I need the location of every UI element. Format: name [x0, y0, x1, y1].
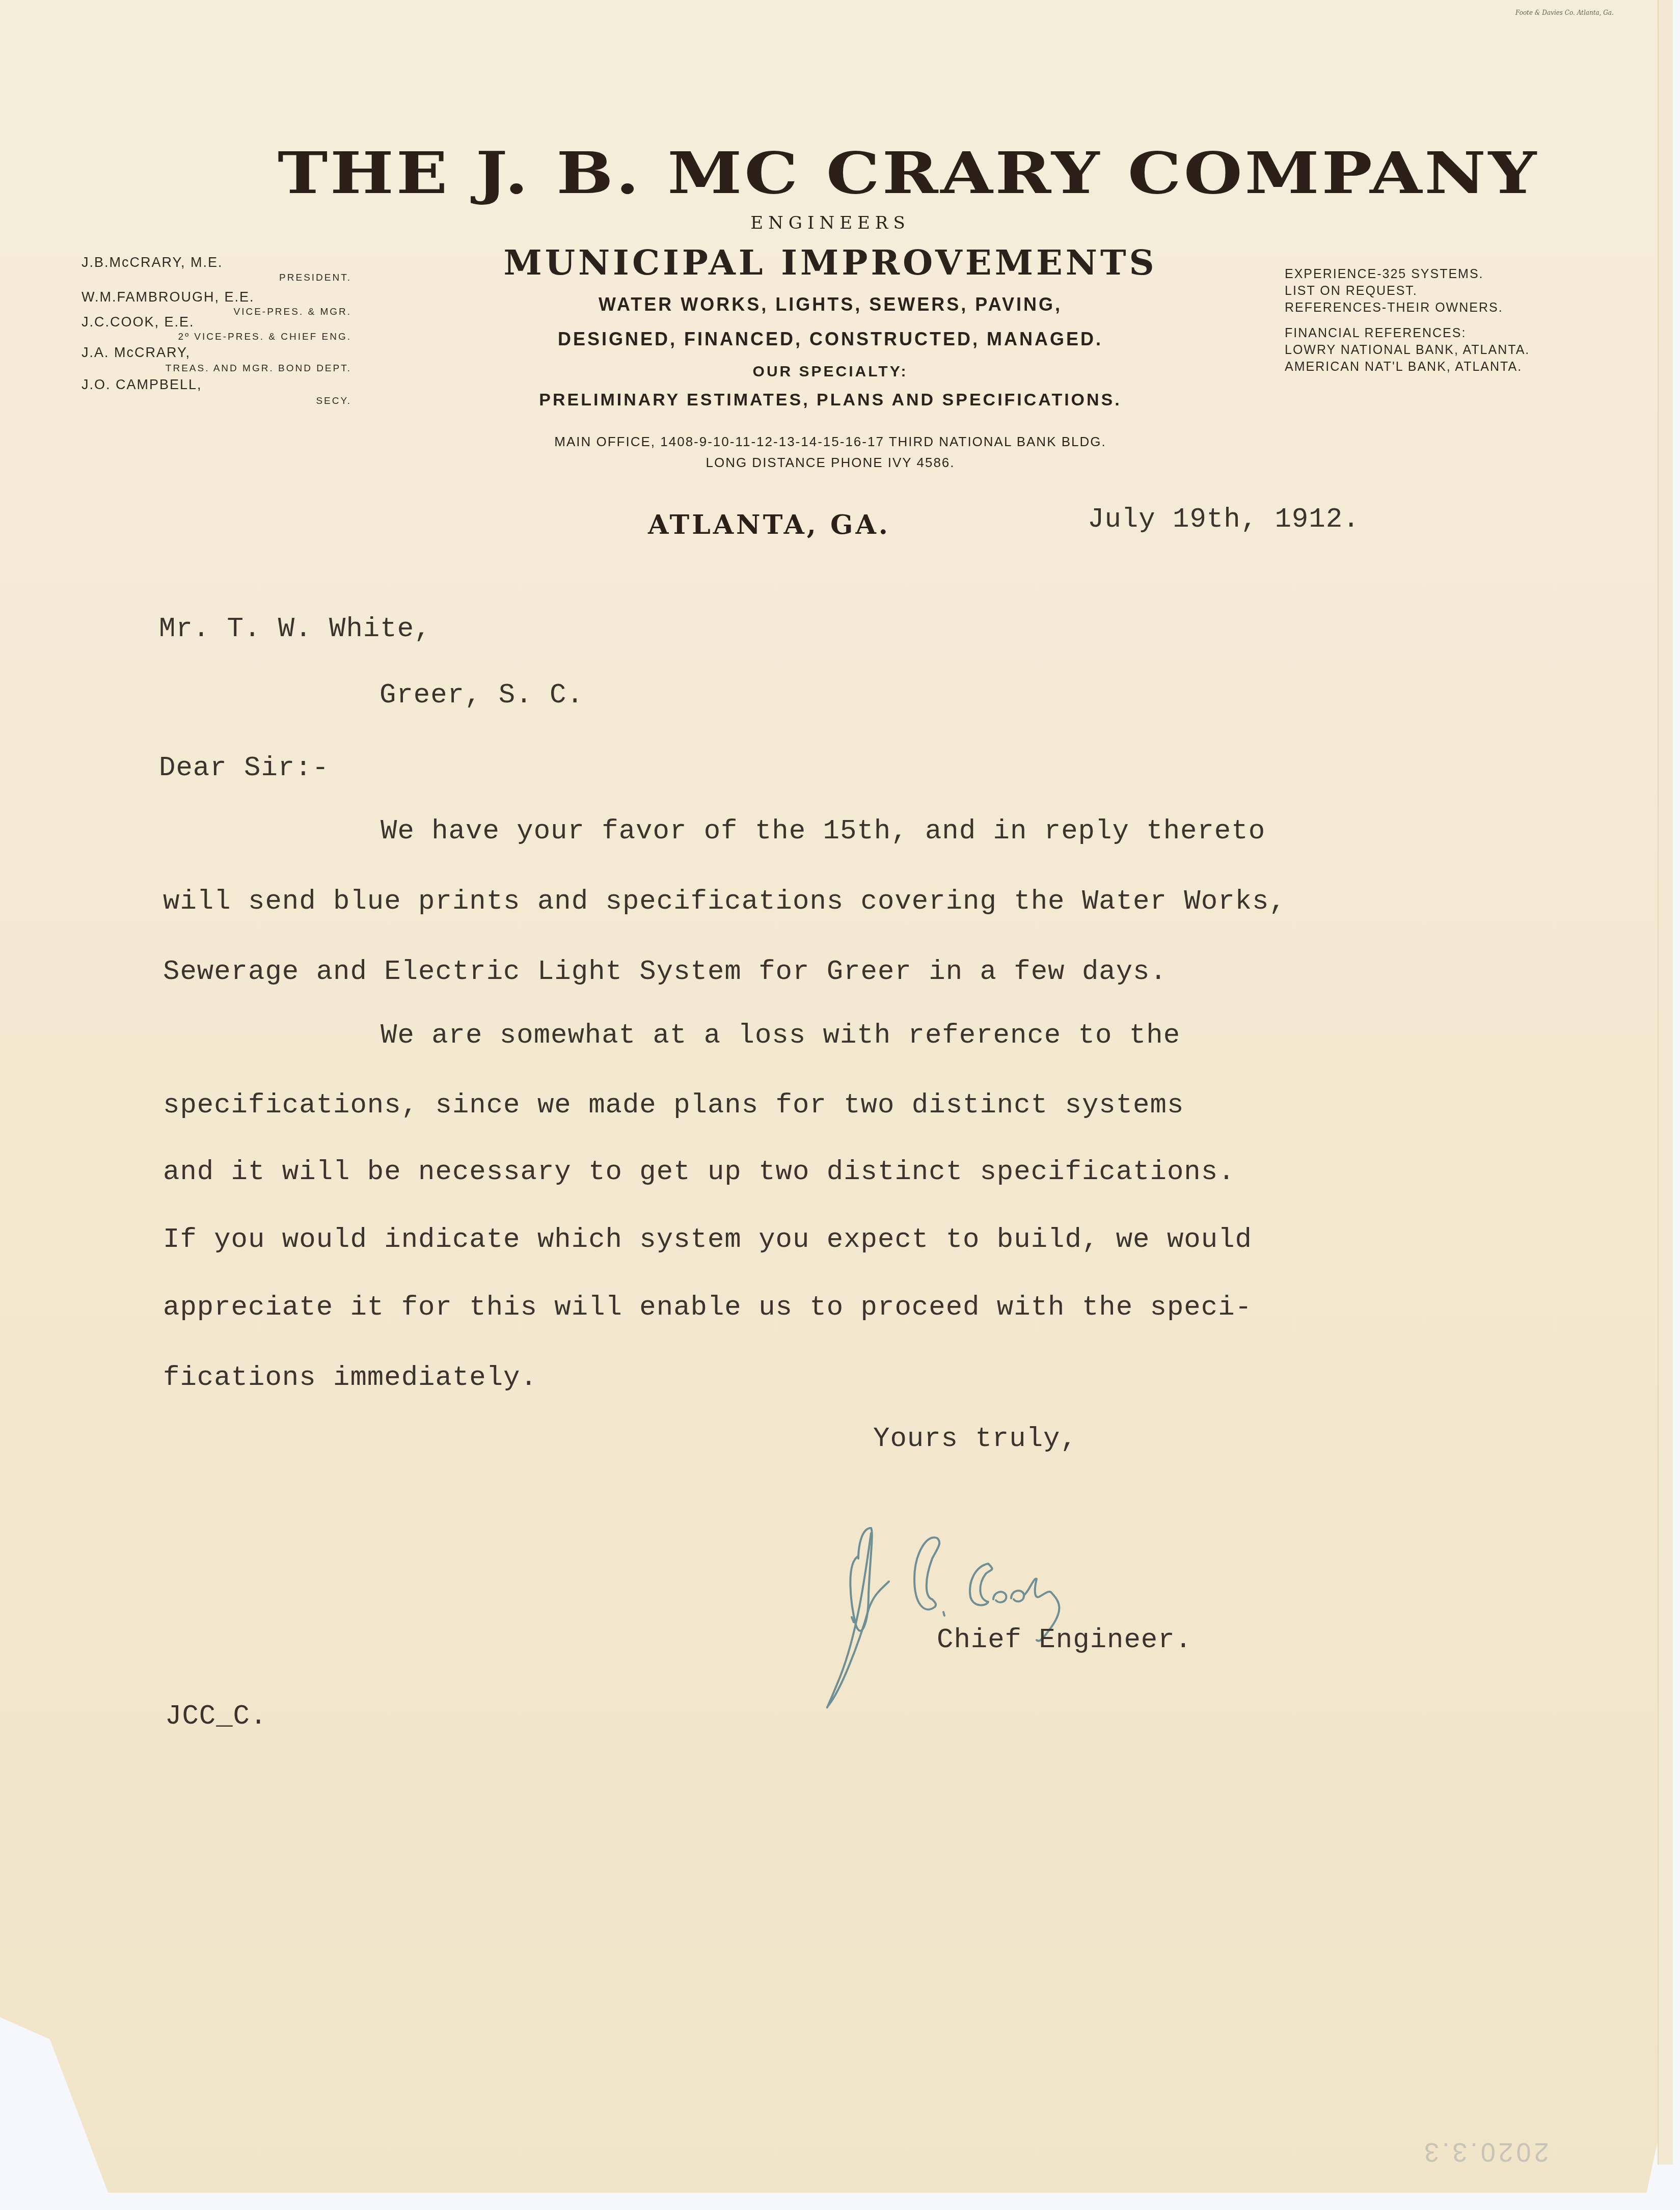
reference-line: LOWRY NATIONAL BANK, ATLANTA. [1285, 343, 1530, 358]
reference-line: FINANCIAL REFERENCES: [1285, 326, 1466, 341]
reference-line: LIST ON REQUEST. [1285, 284, 1418, 298]
officer-title: 2º VICE-PRES. & CHIEF ENG. [178, 332, 351, 343]
reference-line: AMERICAN NAT'L BANK, ATLANTA. [1285, 360, 1522, 374]
officer-name: W.M.FAMBROUGH, E.E. [82, 289, 255, 305]
salutation: Dear Sir:- [159, 753, 329, 784]
recipient-city: Greer, S. C. [380, 680, 584, 711]
reference-initials: JCC_C. [165, 1701, 267, 1732]
body-line: We have your favor of the 15th, and in r… [381, 816, 1265, 847]
body-line: We are somewhat at a loss with reference… [381, 1020, 1180, 1051]
printer-imprint: Foote & Davies Co. Atlanta, Ga. [1515, 9, 1614, 16]
pencil-archive-notation: 2020.3.3 [1421, 2137, 1549, 2167]
specialty: PRELIMINARY ESTIMATES, PLANS AND SPECIFI… [397, 390, 1263, 410]
recipient-name: Mr. T. W. White, [159, 614, 431, 645]
handwritten-signature [810, 1477, 1330, 1711]
reference-line: REFERENCES-THEIR OWNERS. [1285, 301, 1503, 315]
signer-title: Chief Engineer. [937, 1625, 1192, 1656]
body-line: Sewerage and Electric Light System for G… [163, 957, 1167, 988]
officer-title: PRESIDENT. [279, 272, 351, 284]
letterhead-services: WATER WORKS, LIGHTS, SEWERS, PAVING, [397, 294, 1263, 315]
body-line: If you would indicate which system you e… [163, 1224, 1252, 1256]
letterhead-tagline: MUNICIPAL IMPROVEMENTS [397, 242, 1263, 283]
officer-title: VICE-PRES. & MGR. [233, 307, 351, 318]
body-line: will send blue prints and specifications… [163, 886, 1286, 917]
specialty-label: OUR SPECIALTY: [397, 363, 1263, 380]
letterhead-subtitle: ENGINEERS [397, 213, 1263, 233]
officer-name: J.B.McCRARY, M.E. [82, 255, 223, 270]
body-line: fications immediately. [163, 1362, 537, 1394]
letterhead-services-detail: DESIGNED, FINANCED, CONSTRUCTED, MANAGED… [397, 329, 1263, 350]
body-line: appreciate it for this will enable us to… [163, 1292, 1252, 1323]
body-line: and it will be necessary to get up two d… [163, 1157, 1235, 1188]
officer-title: TREAS. AND MGR. BOND DEPT. [166, 363, 351, 374]
main-office-address: MAIN OFFICE, 1408-9-10-11-12-13-14-15-16… [397, 434, 1263, 450]
officer-name: J.C.COOK, E.E. [82, 314, 195, 330]
letter-date: July 19th, 1912. [1088, 504, 1360, 535]
officer-name: J.O. CAMPBELL, [82, 377, 202, 393]
reference-line: EXPERIENCE-325 SYSTEMS. [1285, 267, 1484, 282]
phone-number: LONG DISTANCE PHONE IVY 4586. [397, 455, 1263, 471]
letterhead-place: ATLANTA, GA. [648, 509, 890, 540]
paper-folded-edge [1658, 0, 1673, 2165]
body-line: specifications, since we made plans for … [163, 1090, 1184, 1121]
closing: Yours truly, [873, 1424, 1077, 1455]
officer-name: J.A. McCRARY, [82, 345, 191, 361]
officer-title: SECY. [316, 396, 351, 407]
company-name: THE J. B. MC CRARY COMPANY [278, 140, 1366, 207]
